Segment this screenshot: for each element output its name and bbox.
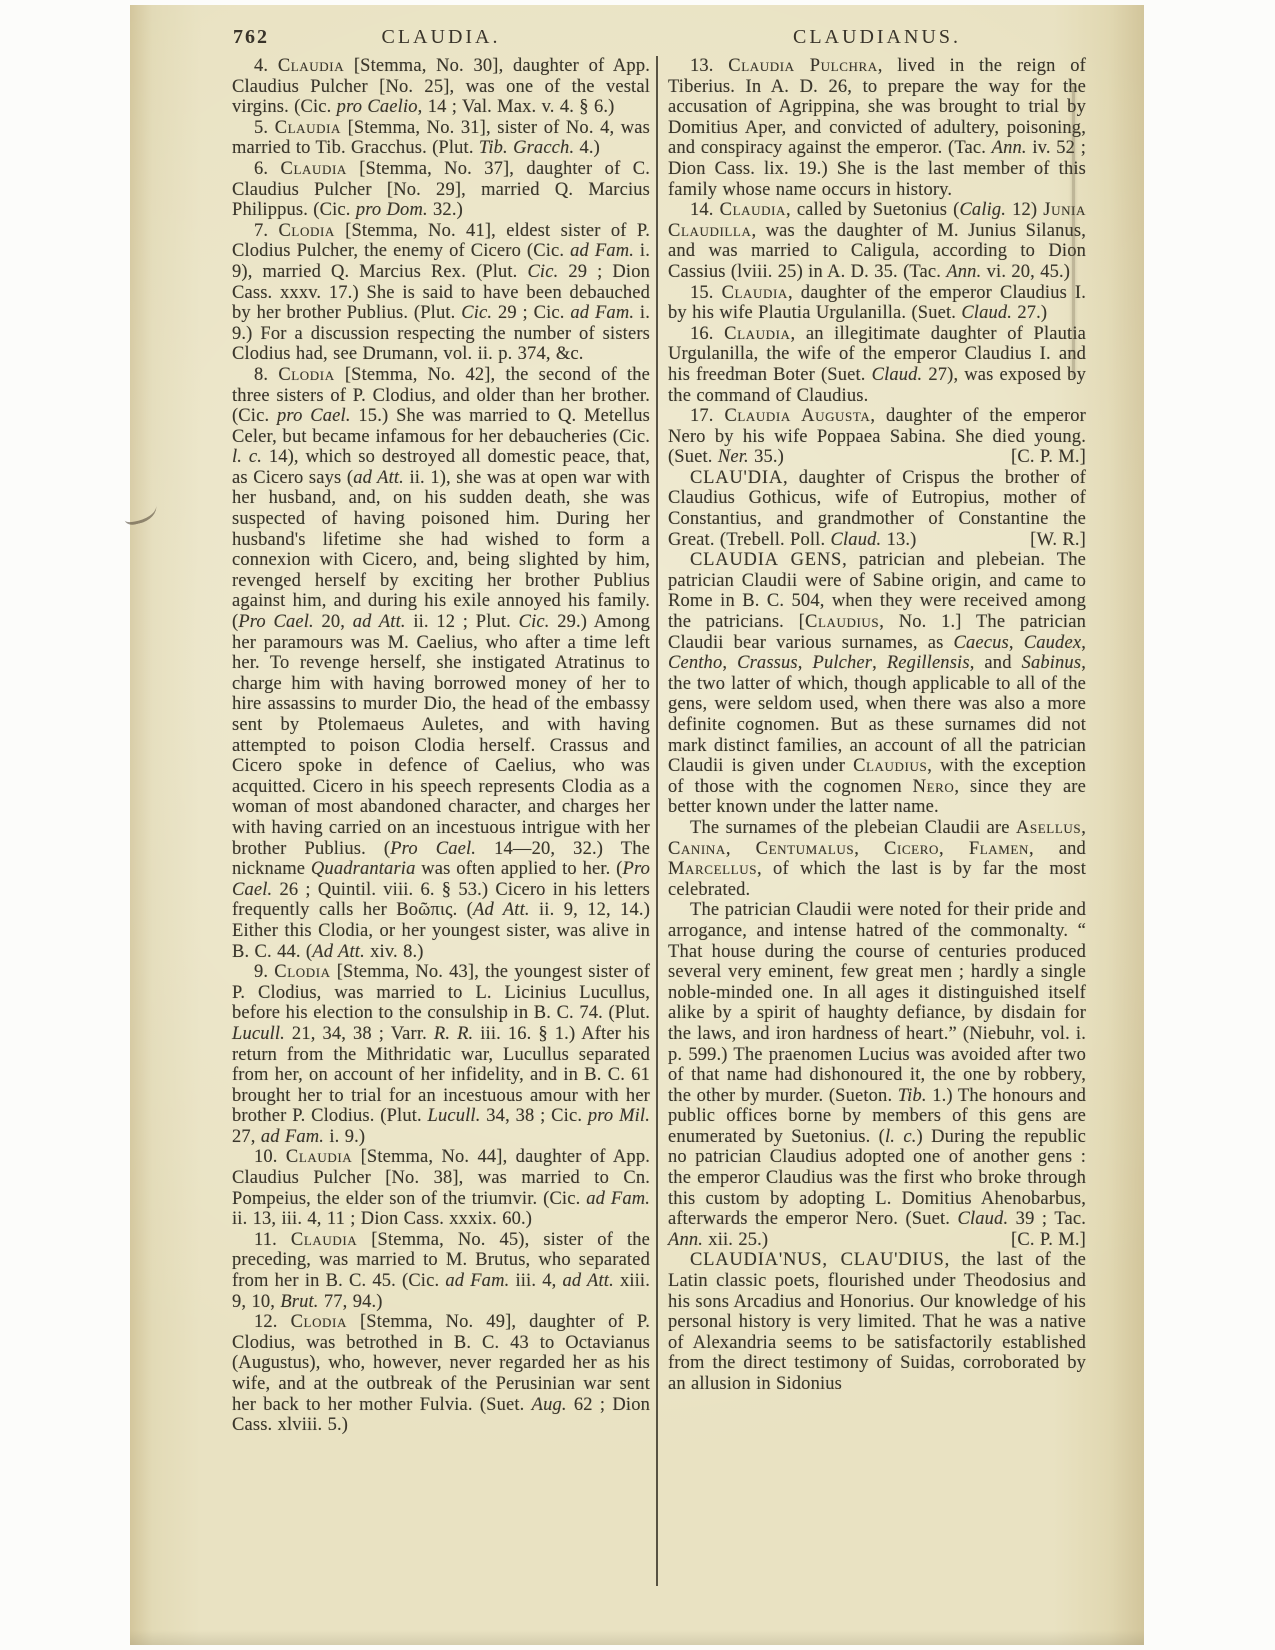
running-head-left: CLAUDIA. [232,26,650,52]
scan-edge-line-artifact [1072,86,1075,378]
scanned-book-page: { "page": { "number": "762", "running_he… [0,0,1275,1650]
paragraph: 17. Claudia Augusta, daughter of the emp… [668,406,1086,468]
paragraph: 12. Clodia [Stemma, No. 49], daughter of… [232,1312,650,1436]
paragraph: CLAUDIA'NUS, CLAU'DIUS, the last of the … [668,1250,1086,1394]
page-bottom-shadow [130,1630,1144,1645]
paragraph: 11. Claudia [Stemma, No. 45), sister of … [232,1230,650,1312]
paragraph: 13. Claudia Pulchra, lived in the reign … [668,56,1086,200]
right-column: 13. Claudia Pulchra, lived in the reign … [668,56,1086,1395]
paragraph: 6. Claudia [Stemma, No. 37], daughter of… [232,159,650,221]
left-column: 4. Claudia [Stemma, No. 30], daughter of… [232,56,650,1436]
paragraph: 7. Clodia [Stemma, No. 41], eldest siste… [232,221,650,365]
paragraph: 14. Claudia, called by Suetonius (Calig.… [668,200,1086,282]
paragraph: 15. Claudia, daughter of the emperor Cla… [668,283,1086,324]
paragraph: 8. Clodia [Stemma, No. 42], the second o… [232,365,650,962]
column-divider-rule [656,56,658,1586]
paragraph: 9. Clodia [Stemma, No. 43], the youngest… [232,962,650,1147]
paragraph: 4. Claudia [Stemma, No. 30], daughter of… [232,56,650,118]
running-head-right: CLAUDIANUS. [668,26,1086,52]
paragraph: The patrician Claudii were noted for the… [668,900,1086,1250]
paragraph: 10. Claudia [Stemma, No. 44], daughter o… [232,1147,650,1229]
paragraph: CLAUDIA GENS, patrician and plebeian. Th… [668,550,1086,818]
paragraph: CLAU'DIA, daughter of Crispus the brothe… [668,468,1086,550]
paragraph: 5. Claudia [Stemma, No. 31], sister of N… [232,118,650,159]
paragraph: The surnames of the plebeian Claudii are… [668,818,1086,900]
paragraph: 16. Claudia, an illegitimate daughter of… [668,324,1086,406]
